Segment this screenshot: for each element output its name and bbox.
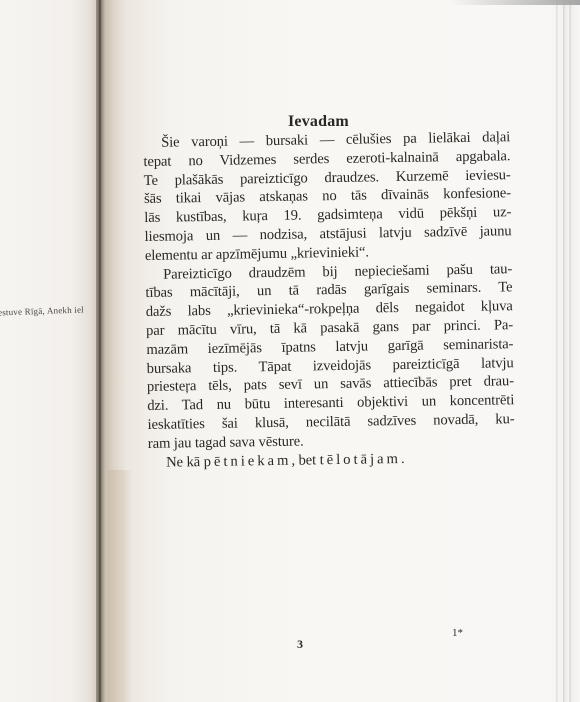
- top-edge-shadow: [450, 0, 580, 5]
- closing-prefix: Ne kā: [166, 454, 204, 471]
- left-page: [0, 0, 100, 702]
- page-edges-stack: [552, 0, 580, 702]
- body-text: Šie varoņi — bursaki — cēlušies pa lielā…: [143, 128, 515, 472]
- closing-suffix: .: [401, 450, 405, 466]
- paragraph-1: Šie varoņi — bursaki — cēlušies pa lielā…: [143, 128, 512, 265]
- chapter-heading: Ievadam: [288, 113, 349, 131]
- gutter-fold-line: [99, 0, 101, 702]
- closing-middle: , bet: [291, 452, 319, 468]
- gutter-shadow: [108, 470, 132, 702]
- spaced-word-depicter: tēlotājam: [319, 451, 401, 468]
- paragraph-2: Pareizticīgo draudzēm bij nepieciešami p…: [145, 260, 515, 454]
- spaced-word-researcher: pētniekam: [204, 452, 292, 469]
- page-number: 3: [297, 637, 303, 652]
- signature-mark: 1*: [452, 627, 463, 639]
